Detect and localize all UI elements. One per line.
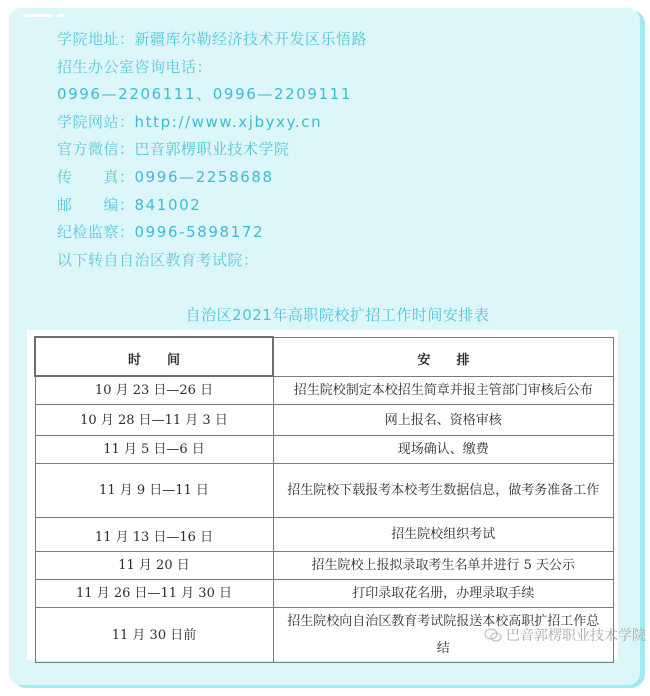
wechat-icon — [484, 628, 502, 642]
phone-numbers-line: 0996—2206111、0996—2209111 — [57, 83, 367, 111]
table-row: 10 月 28 日—11 月 3 日 网上报名、资格审核 — [35, 405, 614, 436]
decorative-dot — [57, 14, 65, 17]
table-row: 11 月 26 日—11 月 30 日 打印录取花名册，办理录取手续 — [35, 580, 614, 608]
table-header-row: 时 间 安 排 — [35, 337, 614, 376]
table-row: 11 月 13 日—16 日 招生院校组织考试 — [35, 518, 614, 552]
table-row: 10 月 23 日—26 日 招生院校制定本校招生简章并报主管部门审核后公布 — [35, 376, 614, 405]
postcode-line: 邮 编：841002 — [57, 194, 367, 222]
website-line: 学院网站：http://www.xjbyxy.cn — [57, 111, 367, 139]
fax-line: 传 真：0996—2258688 — [57, 166, 367, 194]
contact-info: 学院地址：新疆库尔勒经济技术开发区乐悟路 招生办公室咨询电话： 0996—220… — [57, 28, 367, 276]
watermark: 巴音郭楞职业技术学院 — [484, 625, 646, 645]
source-note-line: 以下转自自治区教育考试院： — [57, 249, 367, 277]
schedule-table: 时 间 安 排 10 月 23 日—26 日 招生院校制定本校招生简章并报主管部… — [34, 336, 614, 663]
address-line: 学院地址：新疆库尔勒经济技术开发区乐悟路 — [57, 28, 367, 56]
decorative-dash — [24, 14, 52, 17]
wechat-line: 官方微信：巴音郭楞职业技术学院 — [57, 138, 367, 166]
table-row: 11 月 5 日—6 日 现场确认、缴费 — [35, 436, 614, 464]
header-time: 时 间 — [35, 337, 273, 376]
website-link[interactable]: http://www.xjbyxy.cn — [135, 113, 323, 131]
supervision-line: 纪检监察：0996-5898172 — [57, 221, 367, 249]
table-row: 11 月 20 日 招生院校上报拟录取考生名单并进行 5 天公示 — [35, 552, 614, 580]
table-title: 自治区2021年高职院校扩招工作时间安排表 — [0, 304, 650, 325]
header-plan: 安 排 — [273, 337, 614, 376]
table-row: 11 月 9 日—11 日 招生院校下载报考本校考生数据信息，做考务准备工作 — [35, 464, 614, 518]
phone-label-line: 招生办公室咨询电话： — [57, 56, 367, 84]
